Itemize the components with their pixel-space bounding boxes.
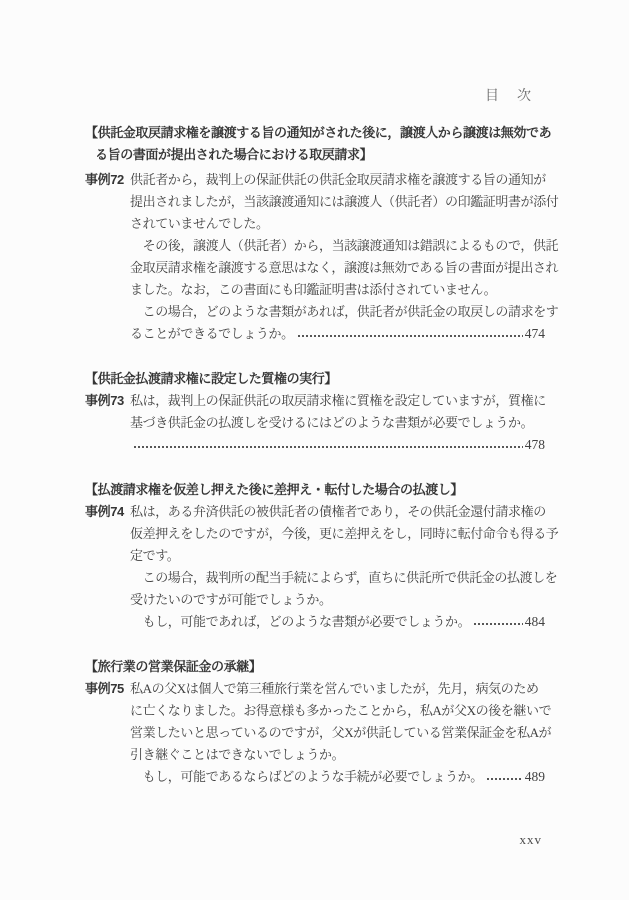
case-text-line: 引き継ぐことはできないでしょうか。	[130, 744, 545, 766]
leader-line: もし，可能であるならばどのような手続が必要でしょうか。 489	[130, 766, 545, 788]
toc-entry: 【旅行業の営業保証金の承継】 事例75 私Aの父Xは個人で第三種旅行業を営んでい…	[85, 656, 545, 788]
case-label: 事例72	[85, 169, 130, 191]
case-item: 事例75 私Aの父Xは個人で第三種旅行業を営んでいましたが，先月，病気のため に…	[85, 678, 545, 788]
toc-entry: 【供託金取戻請求権を譲渡する旨の通知がされた後に，譲渡人から譲渡は無効であ る旨…	[85, 122, 545, 345]
case-label: 事例74	[85, 501, 130, 523]
page-ref: 478	[525, 434, 545, 456]
case-text-line: 私は，裁判上の保証供託の取戻請求権に質権を設定していますが，質権に	[130, 390, 545, 412]
case-text-line: 金取戻請求権を譲渡する意思はなく，譲渡は無効である旨の書面が提出され	[130, 257, 545, 279]
dotted-leader	[133, 434, 523, 456]
case-text-line: 受けたいのですが可能でしょうか。	[130, 589, 545, 611]
dotted-leader	[486, 766, 523, 788]
toc-entry: 【供託金払渡請求権に設定した質権の実行】 事例73 私は，裁判上の保証供託の取戻…	[85, 368, 545, 456]
case-item: 事例74 私は，ある弁済供託の被供託者の債権者であり，その供託金還付請求権の 仮…	[85, 501, 545, 633]
dotted-leader	[473, 611, 523, 633]
section-heading: 【旅行業の営業保証金の承継】	[85, 656, 545, 678]
case-label: 事例73	[85, 390, 130, 412]
case-text-line: この場合，どのような書類があれば，供託者が供託金の取戻しの請求をす	[130, 301, 545, 323]
page-ref: 484	[525, 611, 545, 633]
case-text-line: 私Aの父Xは個人で第三種旅行業を営んでいましたが，先月，病気のため	[130, 678, 545, 700]
leader-text: もし，可能であるならばどのような手続が必要でしょうか。	[130, 766, 483, 788]
toc-entry: 【払渡請求権を仮差し押えた後に差押え・転付した場合の払渡し】 事例74 私は，あ…	[85, 479, 545, 633]
section-heading: 【供託金取戻請求権を譲渡する旨の通知がされた後に，譲渡人から譲渡は無効であ る旨…	[85, 122, 545, 166]
section-heading-line: る旨の書面が提出された場合における取戻請求】	[85, 144, 545, 166]
case-item: 事例73 私は，裁判上の保証供託の取戻請求権に質権を設定していますが，質権に 基…	[85, 390, 545, 456]
leader-text: もし，可能であれば，どのような書類が必要でしょうか。	[130, 611, 470, 633]
case-text-line: 基づき供託金の払渡しを受けるにはどのような書類が必要でしょうか。	[130, 412, 545, 434]
footer-page-number: xxv	[520, 832, 543, 848]
toc-page: 目 次 【供託金取戻請求権を譲渡する旨の通知がされた後に，譲渡人から譲渡は無効で…	[0, 0, 629, 900]
case-label: 事例75	[85, 678, 130, 700]
leader-line: ることができるでしょうか。 474	[130, 323, 545, 345]
section-heading: 【払渡請求権を仮差し押えた後に差押え・転付した場合の払渡し】	[85, 479, 545, 501]
case-text-line: に亡くなりました。お得意様も多かったことから，私Aが父Xの後を継いで	[130, 700, 545, 722]
toc-title: 目 次	[85, 87, 545, 107]
case-text-line: この場合，裁判所の配当手続によらず，直ちに供託所で供託金の払渡しを	[130, 567, 545, 589]
case-text-line: 私は，ある弁済供託の被供託者の債権者であり，その供託金還付請求権の	[130, 501, 545, 523]
section-heading-line: 【供託金取戻請求権を譲渡する旨の通知がされた後に，譲渡人から譲渡は無効であ	[85, 122, 545, 144]
leader-line: もし，可能であれば，どのような書類が必要でしょうか。 484	[130, 611, 545, 633]
case-text-line: 仮差押えをしたのですが，今後，更に差押えをし，同時に転付命令も得る予	[130, 523, 545, 545]
case-text-line: 供託者から，裁判上の保証供託の供託金取戻請求権を譲渡する旨の通知が	[130, 169, 545, 191]
dotted-leader	[297, 323, 523, 345]
case-text-line: 定です。	[130, 545, 545, 567]
section-heading: 【供託金払渡請求権に設定した質権の実行】	[85, 368, 545, 390]
case-body: 私は，ある弁済供託の被供託者の債権者であり，その供託金還付請求権の 仮差押えをし…	[130, 501, 545, 633]
case-text-line: ました。なお，この書面にも印鑑証明書は添付されていません。	[130, 279, 545, 301]
case-text-line: されていませんでした。	[130, 213, 545, 235]
leader-text: ることができるでしょうか。	[130, 323, 294, 345]
case-body: 供託者から，裁判上の保証供託の供託金取戻請求権を譲渡する旨の通知が 提出されまし…	[130, 169, 545, 345]
case-text-line: 営業したいと思っているのですが，父Xが供託している営業保証金を私Aが	[130, 722, 545, 744]
case-body: 私は，裁判上の保証供託の取戻請求権に質権を設定していますが，質権に 基づき供託金…	[130, 390, 545, 456]
case-text-line: 提出されましたが，当該譲渡通知には譲渡人（供託者）の印鑑証明書が添付	[130, 191, 545, 213]
leader-line: 478	[130, 434, 545, 456]
page-ref: 474	[525, 323, 545, 345]
page-ref: 489	[525, 766, 545, 788]
section-heading-line: 【供託金払渡請求権に設定した質権の実行】	[85, 368, 545, 390]
case-body: 私Aの父Xは個人で第三種旅行業を営んでいましたが，先月，病気のため に亡くなりま…	[130, 678, 545, 788]
section-heading-line: 【旅行業の営業保証金の承継】	[85, 656, 545, 678]
case-item: 事例72 供託者から，裁判上の保証供託の供託金取戻請求権を譲渡する旨の通知が 提…	[85, 169, 545, 345]
section-heading-line: 【払渡請求権を仮差し押えた後に差押え・転付した場合の払渡し】	[85, 479, 545, 501]
case-text-line: その後，譲渡人（供託者）から，当該譲渡通知は錯誤によるもので，供託	[130, 235, 545, 257]
